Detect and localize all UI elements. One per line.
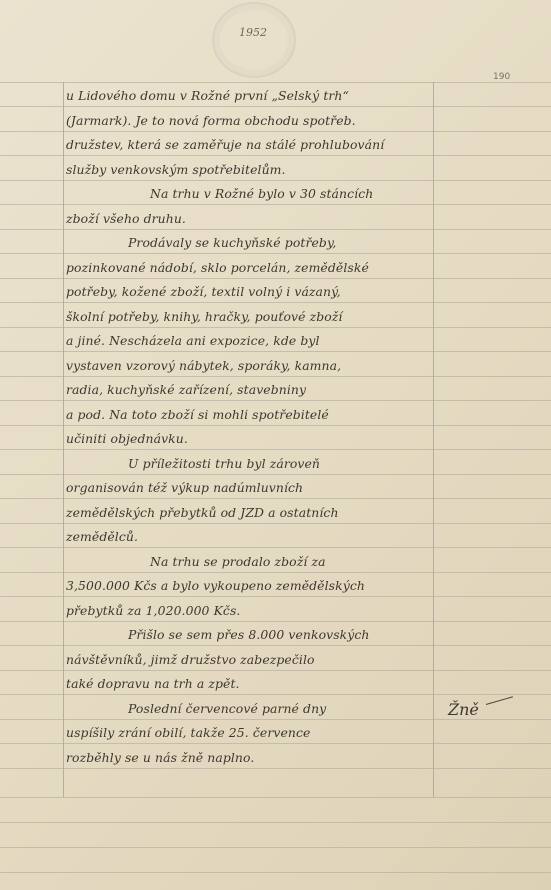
text-line: zemědělců. xyxy=(66,525,438,549)
text-line: zemědělských přebytků od JZD a ostatních xyxy=(66,501,438,525)
ruled-line xyxy=(0,82,551,83)
text-line: Na trhu se prodalo zboží za xyxy=(66,550,438,574)
text-line: školní potřeby, knihy, hračky, pouťové z… xyxy=(66,305,438,329)
margin-underline-stroke xyxy=(486,696,513,705)
text-line: 3,500.000 Kčs a bylo vykoupeno zemědělsk… xyxy=(66,574,438,598)
text-line: radia, kuchyňské zařízení, stavebniny xyxy=(66,378,438,402)
text-line: U příležitosti trhu byl zároveň xyxy=(66,452,438,476)
text-line: vystaven vzorový nábytek, sporáky, kamna… xyxy=(66,354,438,378)
text-line: Poslední červencové parné dny xyxy=(66,697,438,721)
text-line: také dopravu na trh a zpět. xyxy=(66,672,438,696)
ruled-line xyxy=(0,847,551,848)
text-line: Na trhu v Rožné bylo v 30 stáncích xyxy=(66,182,438,206)
page-number: 190 xyxy=(493,72,510,82)
text-line: zboží všeho druhu. xyxy=(66,207,438,231)
text-line: a jiné. Nescházela ani expozice, kde byl xyxy=(66,329,438,353)
margin-note: Žně xyxy=(448,700,479,719)
text-line: pozinkované nádobí, sklo porcelán, zeměd… xyxy=(66,256,438,280)
ruled-line xyxy=(0,872,551,873)
text-line: rozběhly se u nás žně naplno. xyxy=(66,746,438,770)
text-line: návštěvníků, jimž družstvo zabezpečilo xyxy=(66,648,438,672)
text-line: učiniti objednávku. xyxy=(66,427,438,451)
text-line: a pod. Na toto zboží si mohli spotřebite… xyxy=(66,403,438,427)
text-line: organisován též výkup nadúmluvních xyxy=(66,476,438,500)
text-line: Přišlo se sem přes 8.000 venkovských xyxy=(66,623,438,647)
text-line: přebytků za 1,020.000 Kčs. xyxy=(66,599,438,623)
text-line: (Jarmark). Je to nová forma obchodu spot… xyxy=(66,109,438,133)
text-line: potřeby, kožené zboží, textil volný i vá… xyxy=(66,280,438,304)
ruled-line xyxy=(0,822,551,823)
faded-stamp xyxy=(212,2,296,78)
text-line: družstev, která se zaměřuje na stálé pro… xyxy=(66,133,438,157)
left-margin-line xyxy=(63,82,64,797)
year-header: 1952 xyxy=(239,26,267,39)
text-line: uspíšily zrání obilí, takže 25. července xyxy=(66,721,438,745)
text-line: Prodávaly se kuchyňské potřeby, xyxy=(66,231,438,255)
text-line: služby venkovským spotřebitelům. xyxy=(66,158,438,182)
text-line: u Lidového domu v Rožné první „Selský tr… xyxy=(66,84,438,108)
document-page: 1952 190 u Lidového domu v Rožné první „… xyxy=(0,0,551,890)
ruled-line xyxy=(0,797,551,798)
